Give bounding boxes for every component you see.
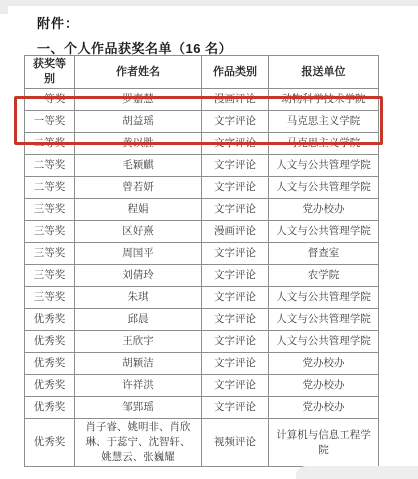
work-category-cell: 文字评论: [202, 133, 269, 155]
author-name-cell: 朱琪: [75, 287, 202, 309]
submitting-unit-cell: 计算机与信息工程学院: [269, 419, 379, 467]
table-row: 三等奖 朱琪 文字评论 人文与公共管理学院: [25, 287, 379, 309]
work-category-cell: 文字评论: [202, 353, 269, 375]
table-row: 优秀奖 邱晨 文字评论 人文与公共管理学院: [25, 309, 379, 331]
table-row: 三等奖 刘倩玲 文字评论 农学院: [25, 265, 379, 287]
submitting-unit-cell: 人文与公共管理学院: [269, 331, 379, 353]
award-level-cell: 三等奖: [25, 199, 75, 221]
author-name-cell: 黄以胜: [75, 133, 202, 155]
work-category-cell: 文字评论: [202, 155, 269, 177]
table-row: 一等奖 罗嘉慧 漫画评论 动物科学技术学院: [25, 89, 379, 111]
document-page: 附件： 一、个人作品获奖名单（16 名） 获奖等别 作者姓名 作品类别 报送单位…: [0, 0, 418, 479]
author-name-cell: 毛颖麒: [75, 155, 202, 177]
submitting-unit-cell: 人文与公共管理学院: [269, 309, 379, 331]
table-row: 三等奖 区好熹 漫画评论 人文与公共管理学院: [25, 221, 379, 243]
author-name-cell: 邱晨: [75, 309, 202, 331]
author-name-cell: 胡颖洁: [75, 353, 202, 375]
work-category-cell: 文字评论: [202, 287, 269, 309]
work-category-cell: 文字评论: [202, 199, 269, 221]
work-category-cell: 视频评论: [202, 419, 269, 467]
work-category-cell: 文字评论: [202, 397, 269, 419]
award-level-cell: 三等奖: [25, 221, 75, 243]
award-level-cell: 优秀奖: [25, 419, 75, 467]
work-category-cell: 文字评论: [202, 375, 269, 397]
attachment-label: 附件：: [37, 13, 79, 32]
header-award-level: 获奖等别: [25, 56, 75, 89]
work-category-cell: 文字评论: [202, 111, 269, 133]
work-category-cell: 文字评论: [202, 243, 269, 265]
submitting-unit-cell: 动物科学技术学院: [269, 89, 379, 111]
table-row: 优秀奖 胡颖洁 文字评论 党办校办: [25, 353, 379, 375]
award-level-cell: 一等奖: [25, 111, 75, 133]
submitting-unit-cell: 马克思主义学院: [269, 133, 379, 155]
table-row: 优秀奖 邹郢瑶 文字评论 党办校办: [25, 397, 379, 419]
submitting-unit-cell: 人文与公共管理学院: [269, 287, 379, 309]
work-category-cell: 漫画评论: [202, 221, 269, 243]
award-level-cell: 三等奖: [25, 287, 75, 309]
work-category-cell: 漫画评论: [202, 89, 269, 111]
author-name-cell: 曾若妍: [75, 177, 202, 199]
award-level-cell: 优秀奖: [25, 309, 75, 331]
table-row: 二等奖 黄以胜 文字评论 马克思主义学院: [25, 133, 379, 155]
submitting-unit-cell: 党办校办: [269, 397, 379, 419]
submitting-unit-cell: 党办校办: [269, 353, 379, 375]
table-header-row: 获奖等别 作者姓名 作品类别 报送单位: [25, 56, 379, 89]
award-level-cell: 二等奖: [25, 177, 75, 199]
submitting-unit-cell: 督查室: [269, 243, 379, 265]
submitting-unit-cell: 党办校办: [269, 375, 379, 397]
author-name-cell: 许祥洪: [75, 375, 202, 397]
work-category-cell: 文字评论: [202, 177, 269, 199]
submitting-unit-cell: 党办校办: [269, 199, 379, 221]
award-level-cell: 优秀奖: [25, 331, 75, 353]
award-level-cell: 三等奖: [25, 243, 75, 265]
table-row: 优秀奖 肖子睿、姚明非、肖欣琳、于蕊宁、沈智轩、姚慧云、张巍耀 视频评论 计算机…: [25, 419, 379, 467]
award-level-cell: 优秀奖: [25, 375, 75, 397]
author-name-cell: 肖子睿、姚明非、肖欣琳、于蕊宁、沈智轩、姚慧云、张巍耀: [75, 419, 202, 467]
award-level-cell: 二等奖: [25, 133, 75, 155]
award-level-cell: 三等奖: [25, 265, 75, 287]
award-table: 获奖等别 作者姓名 作品类别 报送单位 一等奖 罗嘉慧 漫画评论 动物科学技术学…: [24, 55, 379, 467]
header-author-name: 作者姓名: [75, 56, 202, 89]
submitting-unit-cell: 农学院: [269, 265, 379, 287]
award-level-cell: 优秀奖: [25, 353, 75, 375]
table-row: 三等奖 周国平 文字评论 督查室: [25, 243, 379, 265]
submitting-unit-cell: 人文与公共管理学院: [269, 221, 379, 243]
author-name-cell: 胡益瑶: [75, 111, 202, 133]
submitting-unit-cell: 人文与公共管理学院: [269, 155, 379, 177]
author-name-cell: 刘倩玲: [75, 265, 202, 287]
scan-edge-corner: [0, 0, 8, 14]
submitting-unit-cell: 人文与公共管理学院: [269, 177, 379, 199]
work-category-cell: 文字评论: [202, 309, 269, 331]
award-level-cell: 优秀奖: [25, 397, 75, 419]
author-name-cell: 罗嘉慧: [75, 89, 202, 111]
header-work-category: 作品类别: [202, 56, 269, 89]
table-row: 二等奖 曾若妍 文字评论 人文与公共管理学院: [25, 177, 379, 199]
table-row: 二等奖 毛颖麒 文字评论 人文与公共管理学院: [25, 155, 379, 177]
table-row: 优秀奖 许祥洪 文字评论 党办校办: [25, 375, 379, 397]
author-name-cell: 王欣宇: [75, 331, 202, 353]
author-name-cell: 程娟: [75, 199, 202, 221]
award-level-cell: 二等奖: [25, 155, 75, 177]
table-row: 三等奖 程娟 文字评论 党办校办: [25, 199, 379, 221]
author-name-cell: 区好熹: [75, 221, 202, 243]
header-submitting-unit: 报送单位: [269, 56, 379, 89]
table-row: 优秀奖 王欣宇 文字评论 人文与公共管理学院: [25, 331, 379, 353]
scan-edge-top: [0, 0, 418, 6]
table-row: 一等奖 胡益瑶 文字评论 马克思主义学院: [25, 111, 379, 133]
work-category-cell: 文字评论: [202, 331, 269, 353]
award-level-cell: 一等奖: [25, 89, 75, 111]
submitting-unit-cell: 马克思主义学院: [269, 111, 379, 133]
scan-artifact: [296, 466, 418, 479]
author-name-cell: 周国平: [75, 243, 202, 265]
work-category-cell: 文字评论: [202, 265, 269, 287]
author-name-cell: 邹郢瑶: [75, 397, 202, 419]
